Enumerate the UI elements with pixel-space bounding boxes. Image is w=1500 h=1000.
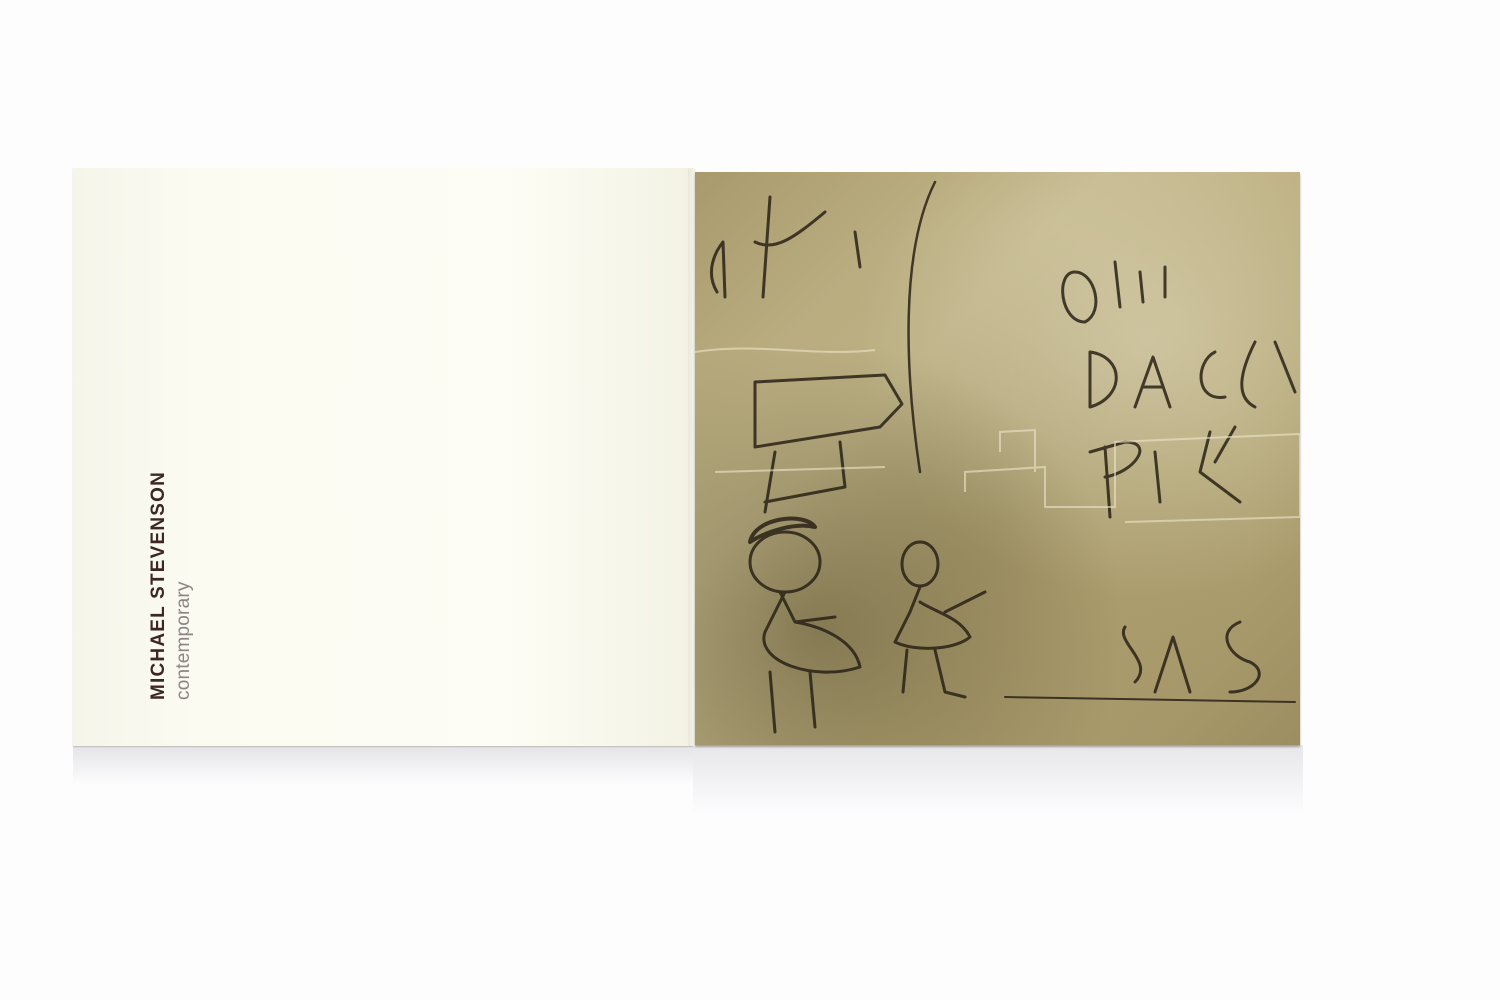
gallery-logo: MICHAEL STEVENSON contemporary [148, 471, 195, 700]
brand-name: MICHAEL STEVENSON [148, 471, 170, 700]
charcoal-drawings [695, 172, 1300, 745]
page-shadow-left [73, 745, 693, 785]
wall-drawing-photo [695, 172, 1300, 745]
page-shadow-right [693, 745, 1303, 815]
brand-tagline: contemporary [173, 471, 195, 700]
booklet-spine [688, 168, 695, 746]
